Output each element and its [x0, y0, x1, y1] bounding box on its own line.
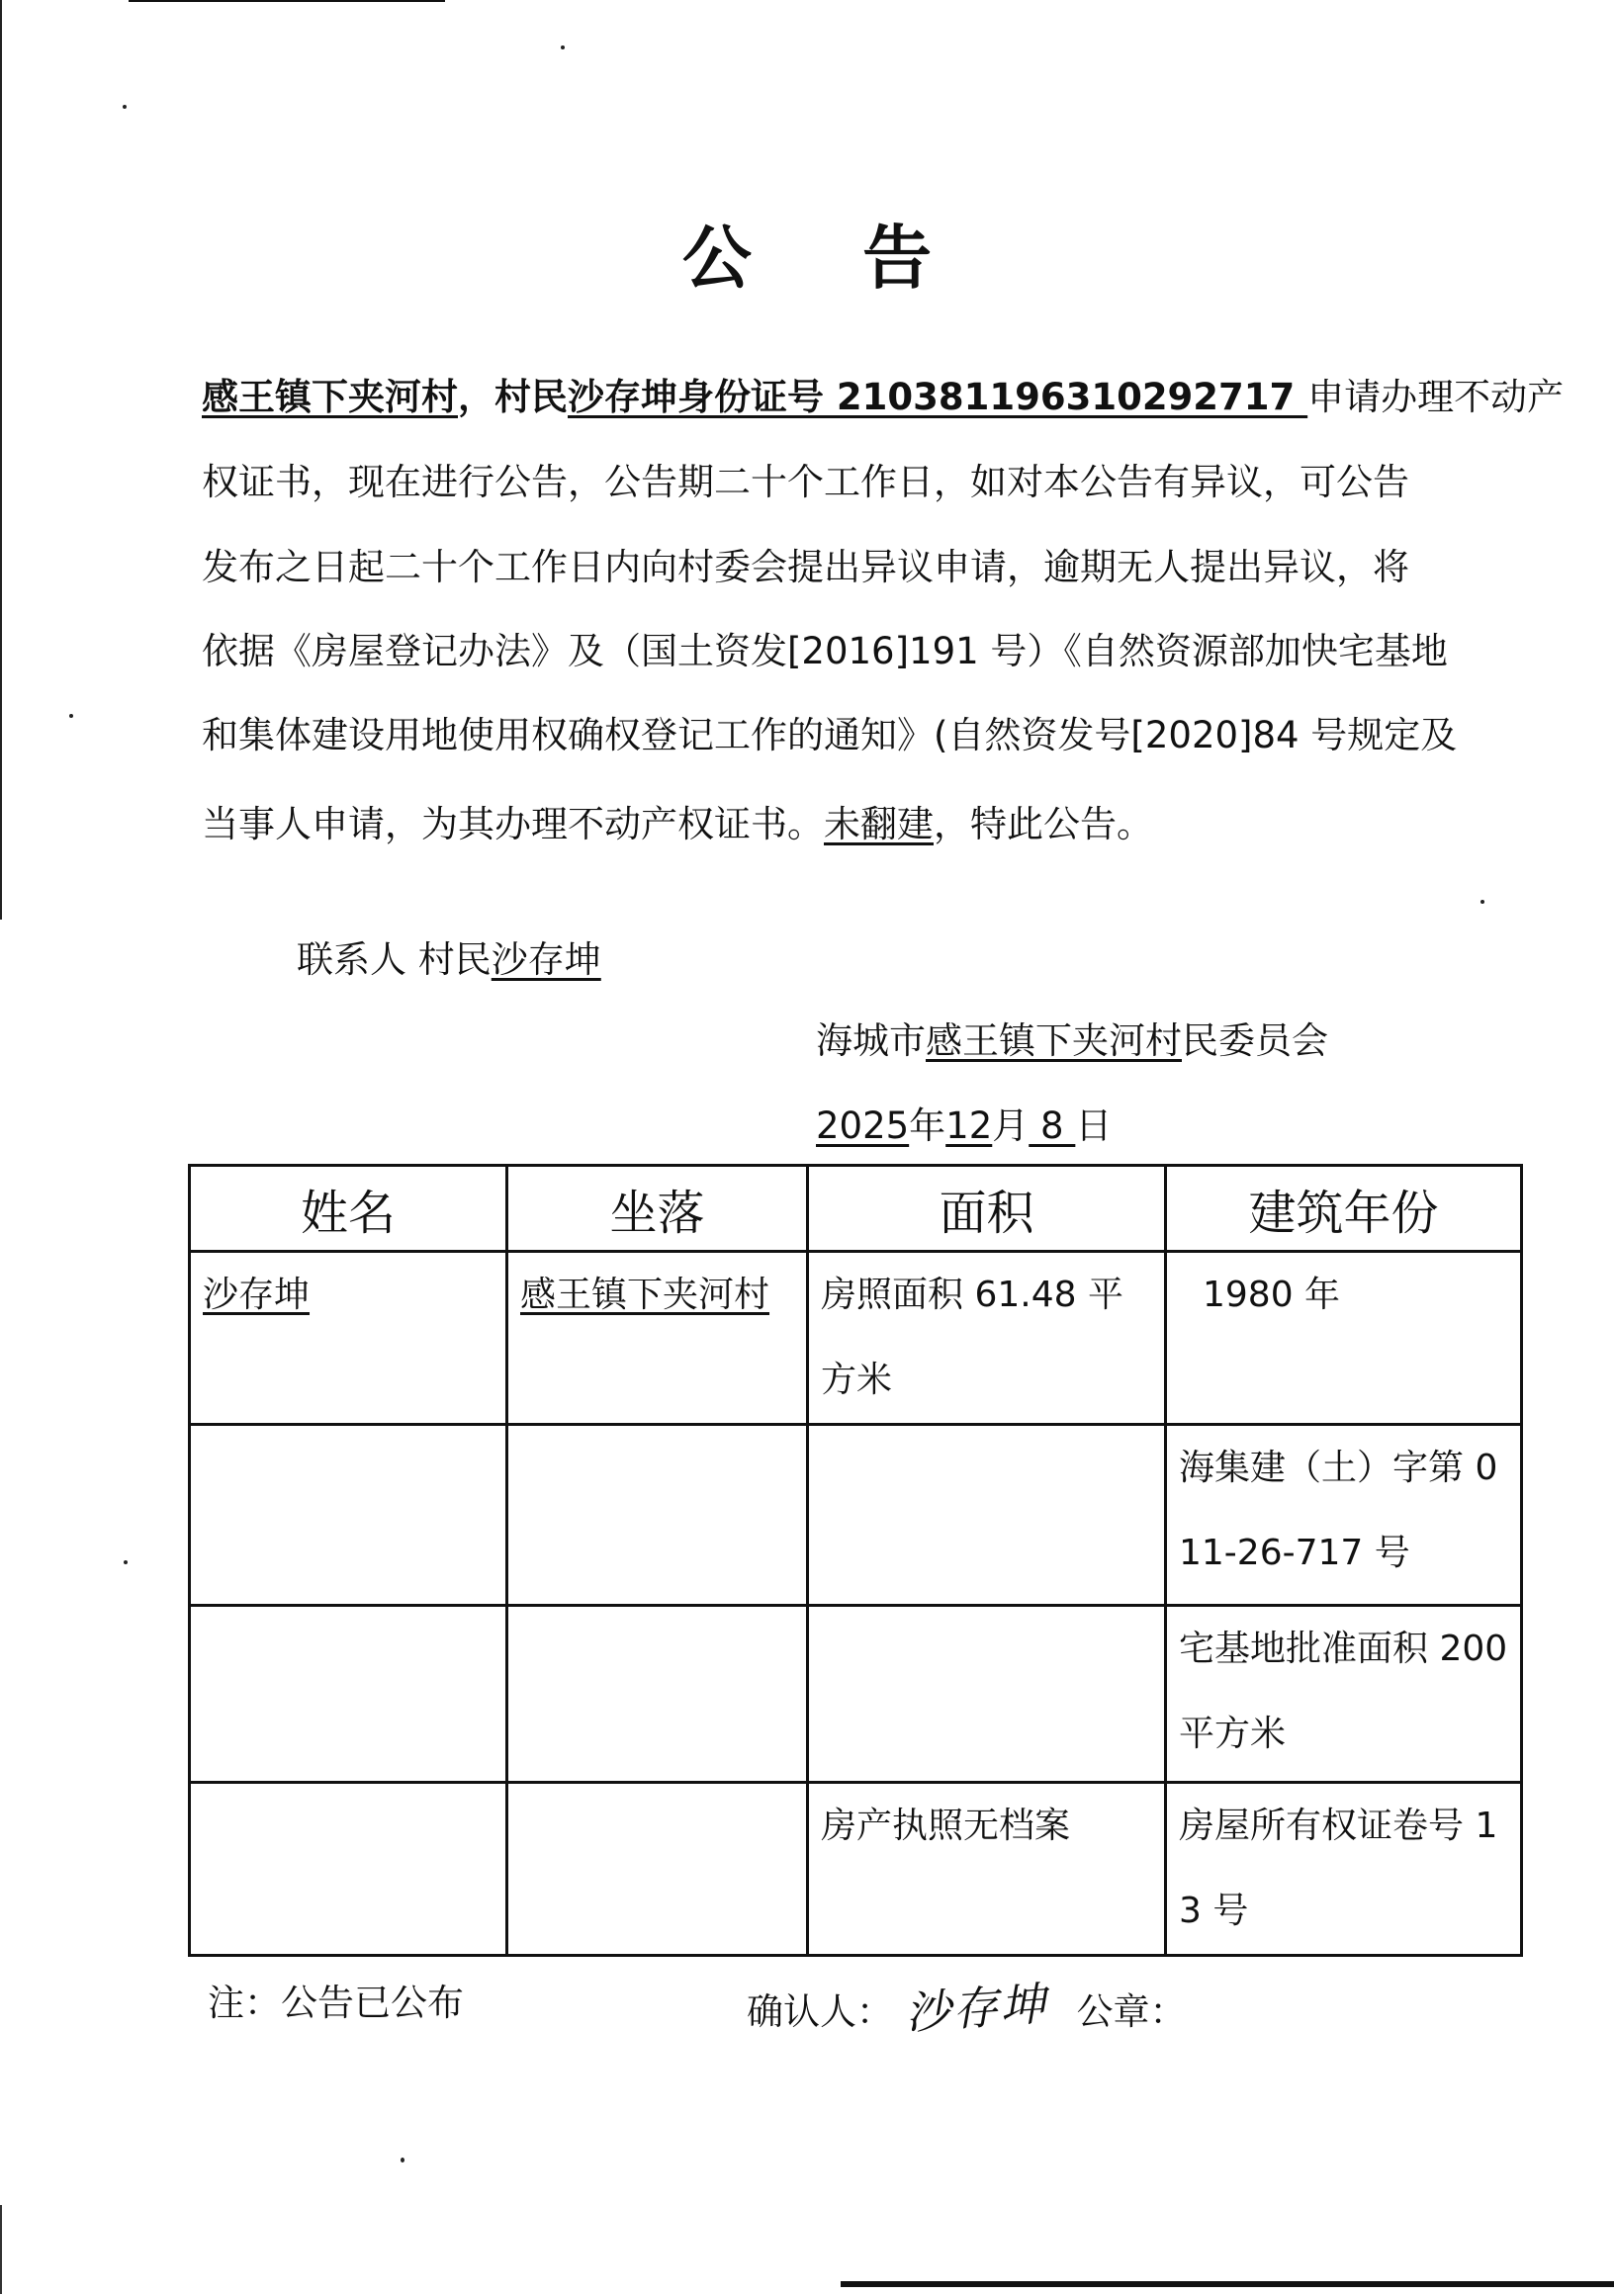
- contact-line: 联系人 村民沙存坤: [297, 929, 601, 983]
- scan-speck: [123, 105, 127, 109]
- date-month: 12: [945, 1104, 992, 1147]
- scan-speck: [401, 2158, 404, 2163]
- issuer-suffix: 民委员会: [1182, 1019, 1328, 1062]
- location-value: 感王镇下夹河村: [520, 1275, 769, 1315]
- village-name: 感王镇下夹河村: [202, 376, 458, 418]
- cell-name: [190, 1425, 507, 1606]
- page-title: 公 告: [0, 203, 1614, 303]
- paragraph-line-1: 感王镇下夹河村，村民沙存坤身份证号 210381196310292717 申请办…: [202, 378, 1487, 417]
- paragraph-line-2: 权证书，现在进行公告，公告期二十个工作日，如对本公告有异议，可公告: [202, 463, 1487, 502]
- date-day-unit: 日: [1075, 1104, 1112, 1147]
- date-day: 8: [1029, 1104, 1075, 1147]
- date-year: 2025: [816, 1104, 909, 1147]
- header-name: 姓名: [190, 1166, 507, 1252]
- scan-artifact-line: [129, 0, 445, 2]
- header-location: 坐落: [507, 1166, 808, 1252]
- cell-location: 感王镇下夹河村: [507, 1252, 808, 1425]
- owner-name: 沙存坤: [203, 1275, 310, 1315]
- cell-location: [507, 1783, 808, 1956]
- paragraph-text: ，特此公告。: [934, 803, 1153, 845]
- table-row: 宅基地批准面积 200 平方米: [190, 1606, 1522, 1783]
- header-build-year: 建筑年份: [1166, 1166, 1522, 1252]
- id-number: 沙存坤身份证号 210381196310292717: [568, 376, 1307, 418]
- scan-speck: [561, 45, 565, 49]
- paragraph-line-4: 依据《房屋登记办法》及（国土资发[2016]191 号）《自然资源部加快宅基地: [202, 632, 1487, 671]
- cell-build-year: 宅基地批准面积 200 平方米: [1166, 1606, 1522, 1783]
- contact-label: 联系人 村民: [297, 938, 492, 981]
- cell-location: [507, 1606, 808, 1783]
- header-area: 面积: [808, 1166, 1166, 1252]
- paragraph-line-5: 和集体建设用地使用权确权登记工作的通知》(自然资发号[2020]84 号规定及: [202, 716, 1487, 755]
- cell-location: [507, 1425, 808, 1606]
- confirmation-line: 确认人： 沙存坤 公章：: [747, 1973, 1187, 2038]
- issuer-line: 海城市感王镇下夹河村民委员会: [816, 1011, 1328, 1064]
- handwritten-signature: 沙存坤: [903, 1968, 1049, 2043]
- table-header-row: 姓名 坐落 面积 建筑年份: [190, 1166, 1522, 1252]
- issuer-village: 感王镇下夹河村: [926, 1019, 1182, 1062]
- confirm-label: 确认人：: [747, 1990, 893, 2033]
- cell-name: 沙存坤: [190, 1252, 507, 1425]
- cell-area: [808, 1425, 1166, 1606]
- publish-note: 注：公告已公布: [208, 1973, 464, 2026]
- scan-artifact-edge: [0, 0, 2, 920]
- cell-build-year: 海集建（土）字第 011-26-717 号: [1166, 1425, 1522, 1606]
- paragraph-line-3: 发布之日起二十个工作日内向村委会提出异议申请，逾期无人提出异议，将: [202, 548, 1487, 587]
- scan-speck: [1480, 900, 1484, 904]
- date-year-unit: 年: [909, 1104, 945, 1147]
- cell-build-year: 房屋所有权证卷号 13 号: [1166, 1783, 1522, 1956]
- seal-label: 公章：: [1077, 1990, 1187, 2033]
- table-row: 房产执照无档案 房屋所有权证卷号 13 号: [190, 1783, 1522, 1956]
- scan-artifact-edge: [0, 2205, 2, 2294]
- scan-speck: [124, 1560, 128, 1564]
- paragraph-text: 申请办理不动产: [1307, 376, 1564, 418]
- paragraph-text: 当事人申请，为其办理不动产权证书。: [202, 803, 824, 845]
- table-row: 海集建（土）字第 011-26-717 号: [190, 1425, 1522, 1606]
- issuer-prefix: 海城市: [816, 1019, 926, 1062]
- cell-area: 房照面积 61.48 平方米: [808, 1252, 1166, 1425]
- table-row: 沙存坤 感王镇下夹河村 房照面积 61.48 平方米 1980 年: [190, 1252, 1522, 1425]
- not-rebuilt-note: 未翻建: [824, 803, 934, 845]
- property-info-table: 姓名 坐落 面积 建筑年份 沙存坤 感王镇下夹河村 房照面积 61.48 平方米…: [188, 1164, 1523, 1957]
- contact-name: 沙存坤: [492, 938, 601, 981]
- date-line: 2025年12月 8 日: [816, 1096, 1112, 1149]
- date-month-unit: 月: [992, 1104, 1029, 1147]
- cell-name: [190, 1783, 507, 1956]
- cell-area: 房产执照无档案: [808, 1783, 1166, 1956]
- cell-build-year: 1980 年: [1166, 1252, 1522, 1425]
- cell-area: [808, 1606, 1166, 1783]
- scan-artifact-line: [841, 2281, 1614, 2287]
- scan-speck: [69, 714, 73, 718]
- paragraph-line-6: 当事人申请，为其办理不动产权证书。未翻建，特此公告。: [202, 805, 1487, 844]
- cell-name: [190, 1606, 507, 1783]
- paragraph-text: ，村民: [458, 376, 568, 418]
